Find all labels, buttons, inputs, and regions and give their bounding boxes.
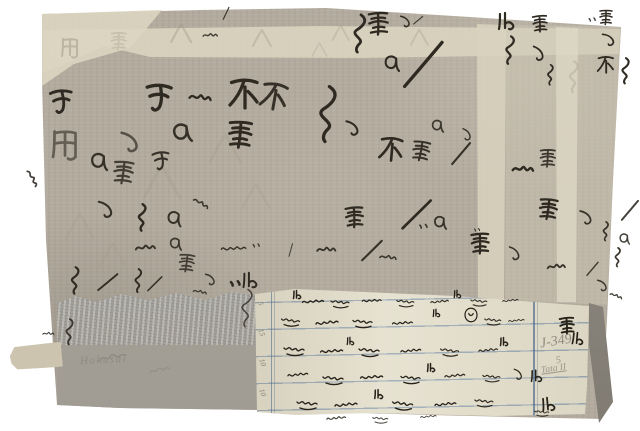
artwork-photo: Hokusai J-349 5 Tata II 5 15 10 10 — [0, 0, 640, 431]
lined-paper-fragment — [255, 286, 590, 418]
margin-rule-right-2 — [537, 286, 538, 418]
margin-rule-left-2 — [274, 286, 275, 418]
paper-tab-left-edge — [9, 342, 63, 371]
margin-rule-right — [533, 286, 535, 418]
pencil-signature: Hokusai — [80, 353, 128, 367]
margin-rule-left — [271, 286, 272, 418]
